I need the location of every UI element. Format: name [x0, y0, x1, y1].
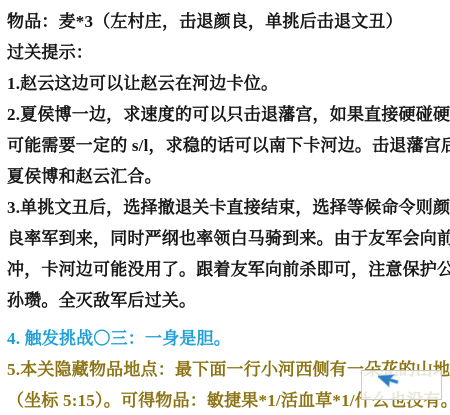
line-tip-3d: 孙瓒。全灭敌军后过关。 — [7, 285, 450, 316]
line-tip-2a: 2.夏侯博一边，求速度的可以只击退藩宫，如果直接硬碰硬 — [7, 99, 450, 130]
line-tip-2c: 夏侯博和赵云汇合。 — [7, 161, 450, 192]
line-tip-3a: 3.单挑文丑后，选择撤退关卡直接结束，选择等候命令则颜 — [7, 192, 450, 223]
guide-document: 物品：麦*3（左村庄，击退颜良，单挑后击退文丑） 过关提示： 1.赵云这边可以让… — [7, 6, 450, 415]
line-tip-3b: 良率军到来，同时严纲也率领白马骑到来。由于友军会向前 — [7, 223, 450, 254]
line-tip-1: 1.赵云这边可以让赵云在河边卡位。 — [7, 68, 450, 99]
line-hints-heading: 过关提示： — [7, 37, 450, 68]
line-tip-3c: 冲，卡河边可能没用了。跟着友军向前杀即可，注意保护公 — [7, 254, 450, 285]
arrow-cursor-icon — [378, 368, 406, 394]
line-challenge: 4. 触发挑战〇三：一身是胆。 — [7, 323, 450, 354]
line-tip-2b: 可能需要一定的 s/l，求稳的话可以南下卡河边。击退藩宫后 — [7, 130, 450, 161]
line-items: 物品：麦*3（左村庄，击退颜良，单挑后击退文丑） — [7, 6, 450, 37]
